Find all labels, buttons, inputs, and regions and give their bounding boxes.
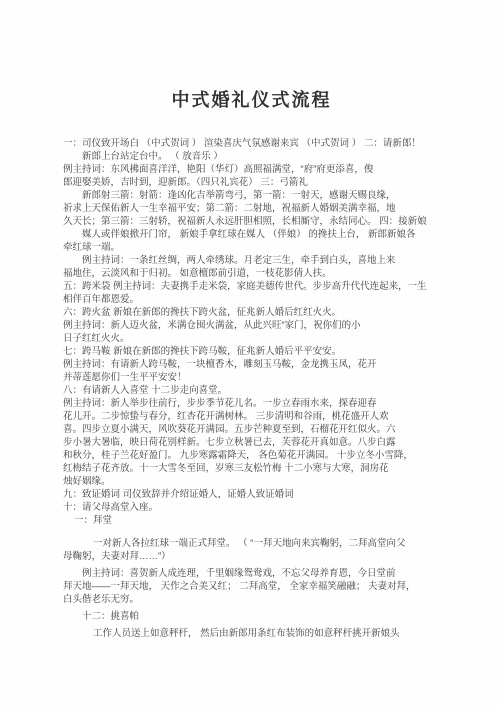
document-line: 十：请父母高堂入座。	[63, 501, 482, 514]
document-line: 七：跨马鞍 新娘在新郎的搀扶下跨马鞍，征兆新人婚后平平安安。	[63, 345, 482, 358]
document-line: 母鞠躬，夫妻对拜……”）	[63, 550, 482, 563]
document-line: 例主持词：新人迈火盆，米满仓囤火满盆，从此兴旺“家门，祝你们的小	[63, 319, 482, 332]
document-line: 一：司仪致开场白 （中式贺词 ） 渲染喜庆气氛感谢来宾 （中式贺词 ） 二：请新…	[63, 137, 482, 150]
document-line: 和秋分，桂子兰花好盈门。 九步寒露霜降天， 各色菊花开满园。 十步立冬小雪降，	[63, 449, 482, 462]
document-line: 红梅结子花齐放。十一大雪冬至回，岁寒三友松竹梅 十二小寒与大寒，洞房花	[63, 462, 482, 475]
document-line: 六：跨火盆 新娘在新郎的搀扶下跨火盆，征兆新人婚后红红火火。	[63, 306, 482, 319]
document-line: 喜。四步立夏小满天，风吹葵花开满园。五步芒种夏至到，石榴花开红似火。六	[63, 423, 482, 436]
document-line: 新郎射三箭：射箭：逢凶化吉举箭弯弓，第一箭：一射天，感谢天赐良缘，	[63, 189, 482, 202]
document-line: 相伴百年都恩爱。	[63, 293, 482, 306]
document-line: 久天长；第三箭：三射轿，祝福新人永远肝胆相照，长相厮守，永结同心。 四：接新娘	[63, 215, 482, 228]
document-line: 白头偕老乐无穷。	[63, 593, 482, 606]
document-line: 福地住，云淡风和于归初。 如意檀郎前引道，一枝花影倩人扶。	[63, 267, 482, 280]
document-line: 新郎上台站定台中。 （ 放音乐 ）	[63, 150, 482, 163]
document-line: 步小暑大暑临，映日荷花别样新。七步立秋暑已去，芙蓉花开真如意。八步白露	[63, 436, 482, 449]
document-line: 拜天地——一拜天地， 天作之合美又红； 二拜高堂， 全家幸福笑融融； 夫妻对拜，	[63, 580, 482, 593]
document-line: 郎迎娶美娇，吉时到，迎新郎。（四只礼宾花） 三：弓箭礼	[63, 176, 482, 189]
document-line: 烛好姻缘。	[63, 475, 482, 488]
document-line: 一对新人各拉红球一端正式拜堂。 （ “一拜天地向来宾鞠躬，二拜高堂向父	[63, 537, 482, 550]
document-line: 例主持词：东风拂面喜洋洋，艳阳（华灯）高照福满堂，“府”府更添喜，俊	[63, 163, 482, 176]
document-title: 中式婚礼仪式流程	[63, 86, 440, 112]
document-line: 例主持词：有请新人跨马鞍，一块檀香木，雕刻玉马鞍，金龙携玉凤，花开	[63, 358, 482, 371]
document-line: 工作人员送上如意秤杆， 然后由新郎用条红布装饰的如意秤杆挑开新娘头	[63, 627, 482, 640]
document-line: 祈求上天保佑新人一生幸福平安；第二箭：二射地，祝福新人婚姻美满幸福，地	[63, 202, 482, 215]
document-line: 并蒂莲愿你们一生平平安安！	[63, 371, 482, 384]
document-line: 十二：挑喜帕	[63, 610, 482, 623]
document-line: 花儿开。二步惊蛰与春分，红杏花开满树林。 三步清明和谷雨，桃花盛开人欢	[63, 410, 482, 423]
document-line: 八：有请新人入喜堂 十二步走向喜堂。	[63, 384, 482, 397]
document-line: 九：致证婚词 司仪致辞并介绍证婚人，证婚人致证婚词	[63, 488, 482, 501]
document-line: 一：拜堂	[63, 514, 482, 527]
document-line: 例主持词：一条红丝绸，两人牵绣球。月老定三生，牵手到白头，喜地上来	[63, 254, 482, 267]
document-line: 媒人或伴娘掀开门帘， 新娘手拿红球在媒人 （伴娘） 的搀扶上台， 新郎新娘各	[63, 228, 482, 241]
document-body: 一：司仪致开场白 （中式贺词 ） 渲染喜庆气氛感谢来宾 （中式贺词 ） 二：请新…	[63, 137, 482, 640]
document-line: 五：跨米袋 例主持词：夫妻携手走米袋，家庭美德传世代。步步高升代代连起来，一生	[63, 280, 482, 293]
document-line: 例主持词：喜贺新人成连理，千里姻缘鸳鸯戏，不忘父母养育恩，今日堂前	[63, 567, 482, 580]
document-line: 例主持词：新人举步往前行，步步季节花儿名。一步立春雨水来，探春迎春	[63, 397, 482, 410]
document-page: 中式婚礼仪式流程 一：司仪致开场白 （中式贺词 ） 渲染喜庆气氛感谢来宾 （中式…	[0, 0, 500, 708]
document-line: 牵红球一端。	[63, 241, 482, 254]
document-line: 日子红红火火。	[63, 332, 482, 345]
